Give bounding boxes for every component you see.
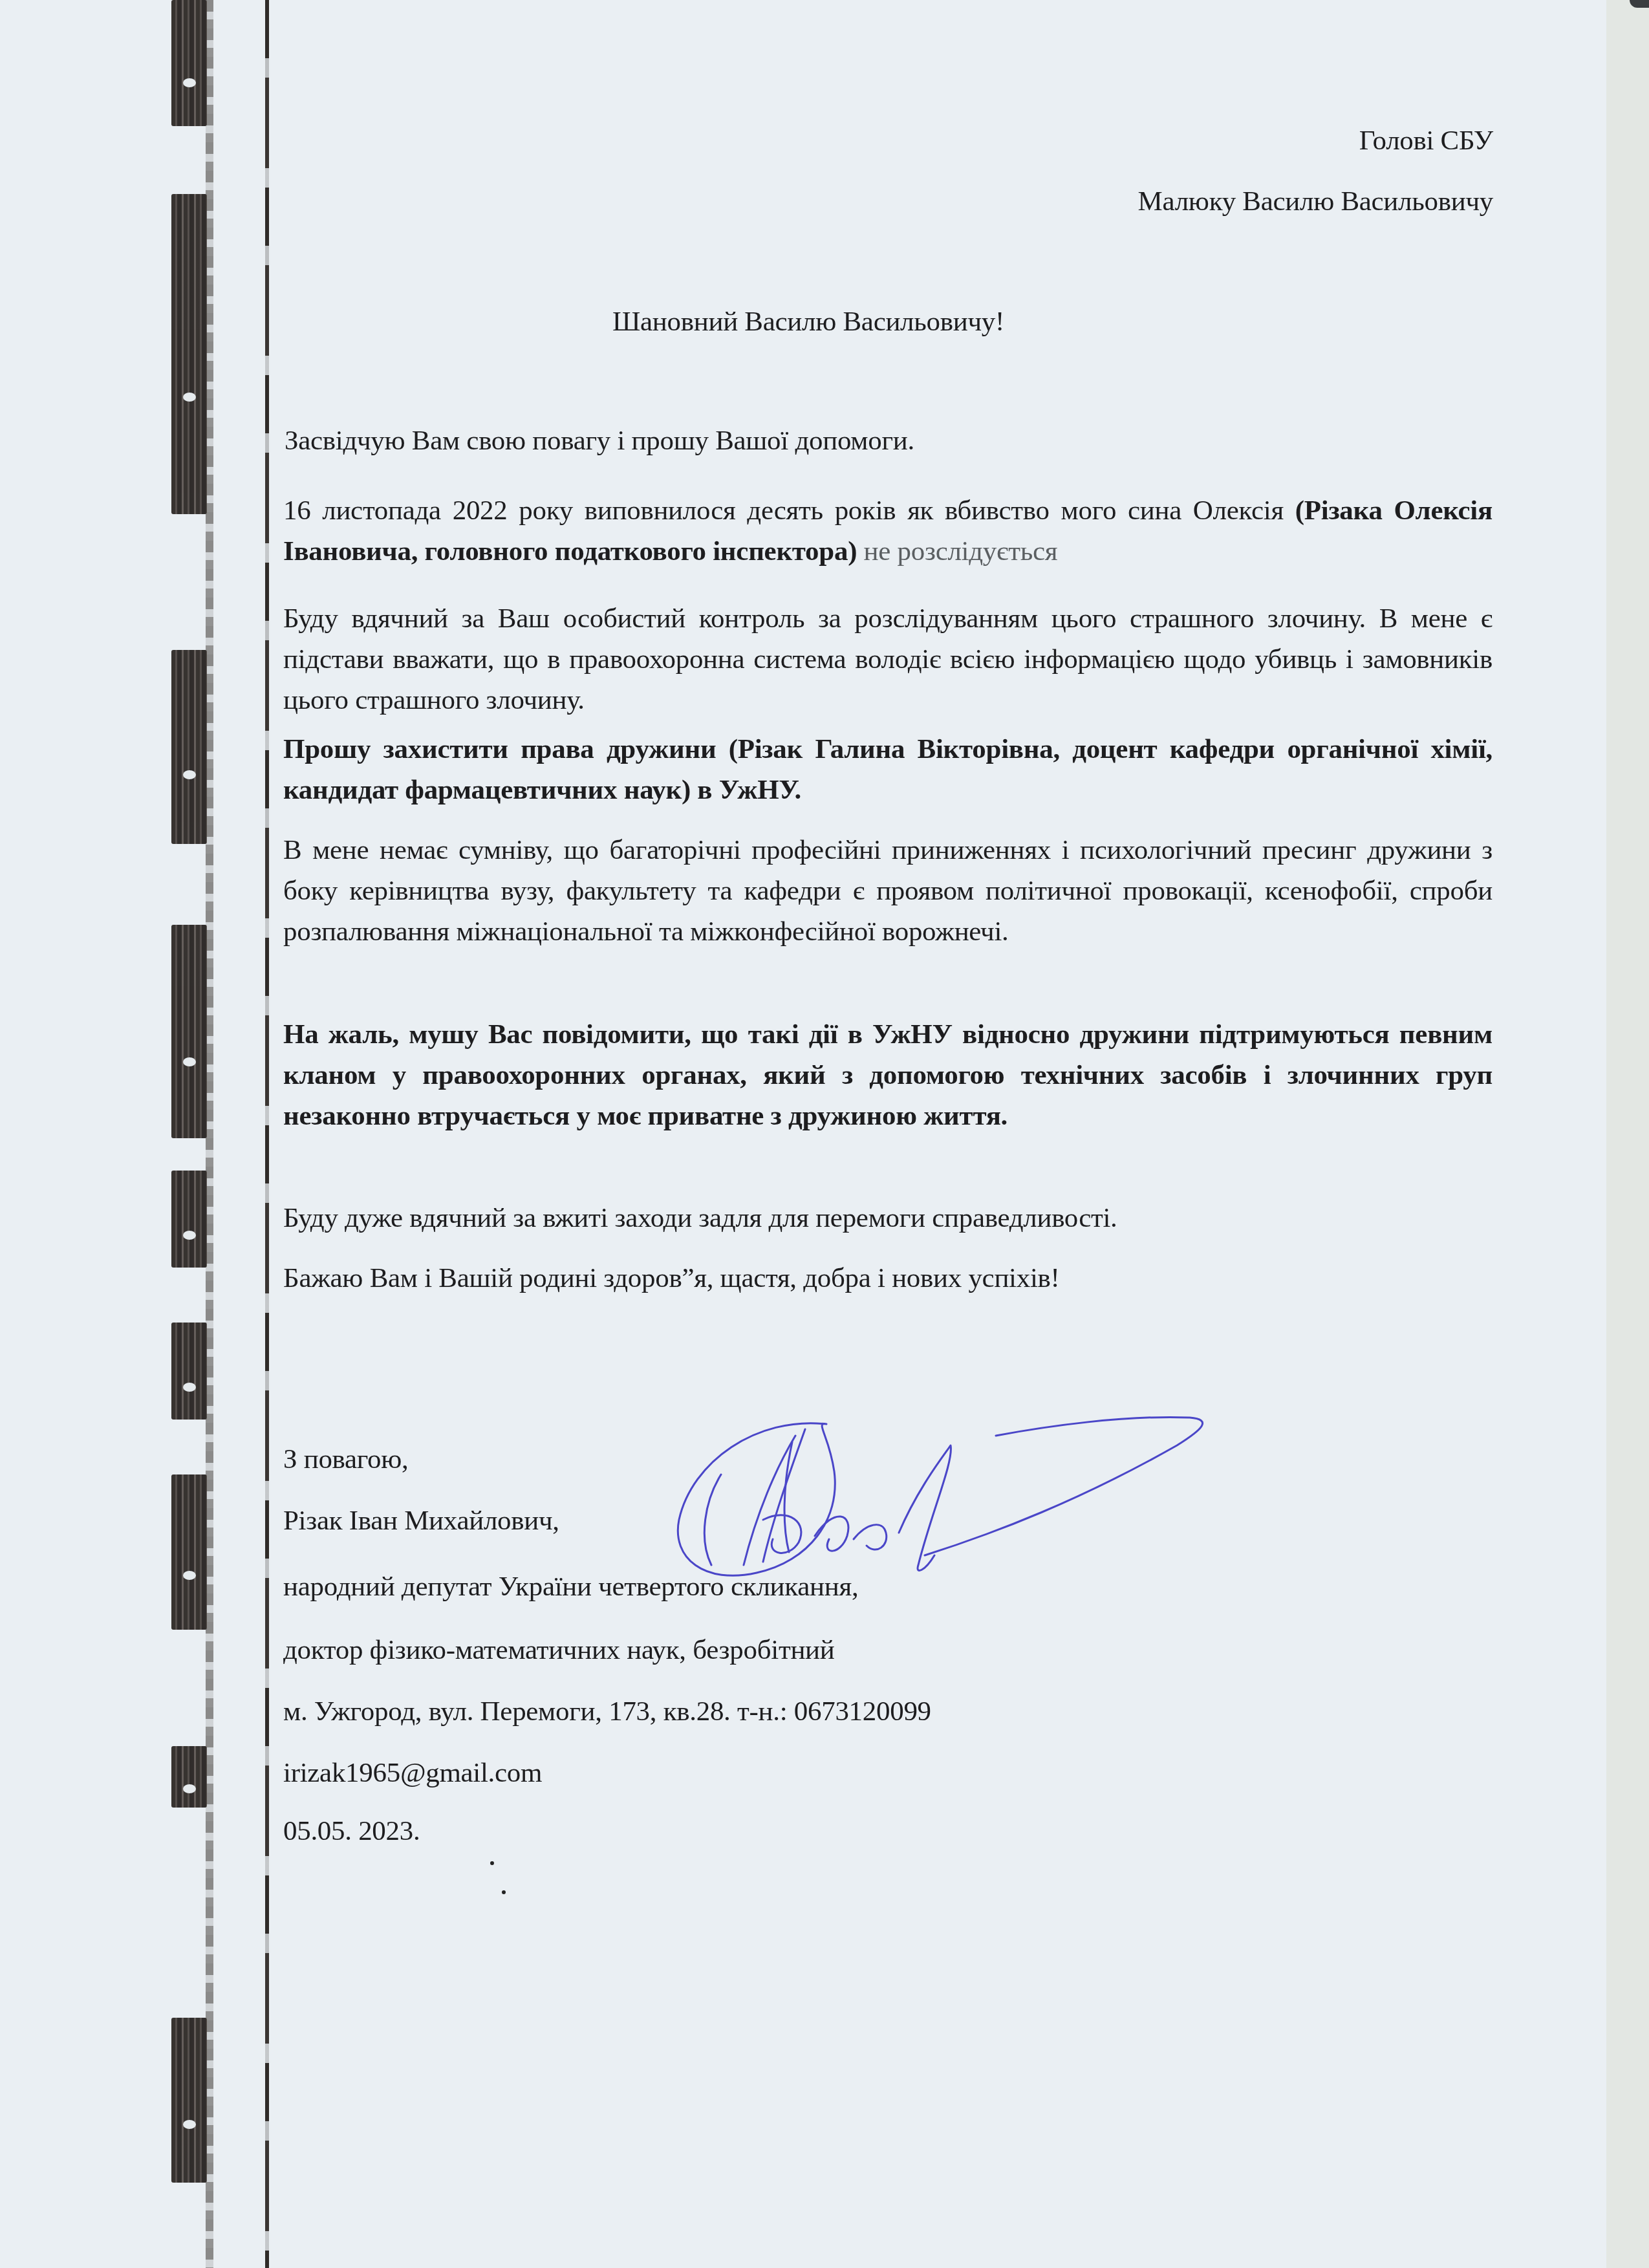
paragraph-wishes: Бажаю Вам і Вашій родині здоров”я, щастя… bbox=[283, 1264, 1060, 1292]
paragraph-harassment: В мене немає сумніву, що багаторічні про… bbox=[283, 830, 1493, 952]
paragraph-gratitude: Буду дуже вдячний за вжиті заходи задля … bbox=[283, 1204, 1117, 1232]
scan-speck bbox=[490, 1861, 494, 1865]
paragraph-wife-rights: Прошу захистити права дружини (Різак Гал… bbox=[283, 729, 1493, 810]
scan-edge-strip bbox=[1606, 0, 1649, 2268]
sender-email: irizak1965@gmail.com bbox=[283, 1759, 542, 1787]
salutation: Шановний Василю Васильовичу! bbox=[612, 308, 1004, 336]
paragraph-anniversary: 16 листопада 2022 року виповнилося десят… bbox=[283, 490, 1493, 572]
recipient-position: Голові СБУ bbox=[1359, 127, 1493, 155]
scan-speck bbox=[502, 1890, 506, 1894]
paragraph-investigation: Буду вдячний за Ваш особистий контроль з… bbox=[283, 598, 1493, 720]
paragraph-clan: На жаль, мушу Вас повідомити, що такі ді… bbox=[283, 1014, 1493, 1136]
paragraph-intro: Засвідчую Вам свою повагу і прошу Вашої … bbox=[285, 427, 914, 455]
anniversary-text: 16 листопада 2022 року виповнилося десят… bbox=[283, 495, 1295, 526]
sender-degree: доктор фізико-математичних наук, безробі… bbox=[283, 1636, 835, 1664]
closing-regards: З повагою, bbox=[283, 1445, 409, 1473]
anniversary-tail: не розслідується bbox=[857, 536, 1057, 567]
letter: Голові СБУ Малюку Василю Васильовичу Шан… bbox=[0, 0, 1606, 2268]
sender-address: м. Ужгород, вул. Перемоги, 173, кв.28. т… bbox=[283, 1698, 931, 1725]
sender-name: Різак Іван Михайлович, bbox=[283, 1507, 559, 1535]
letter-date: 05.05. 2023. bbox=[283, 1817, 420, 1845]
recipient-name: Малюку Василю Васильовичу bbox=[1138, 188, 1493, 215]
signature bbox=[660, 1410, 1255, 1591]
